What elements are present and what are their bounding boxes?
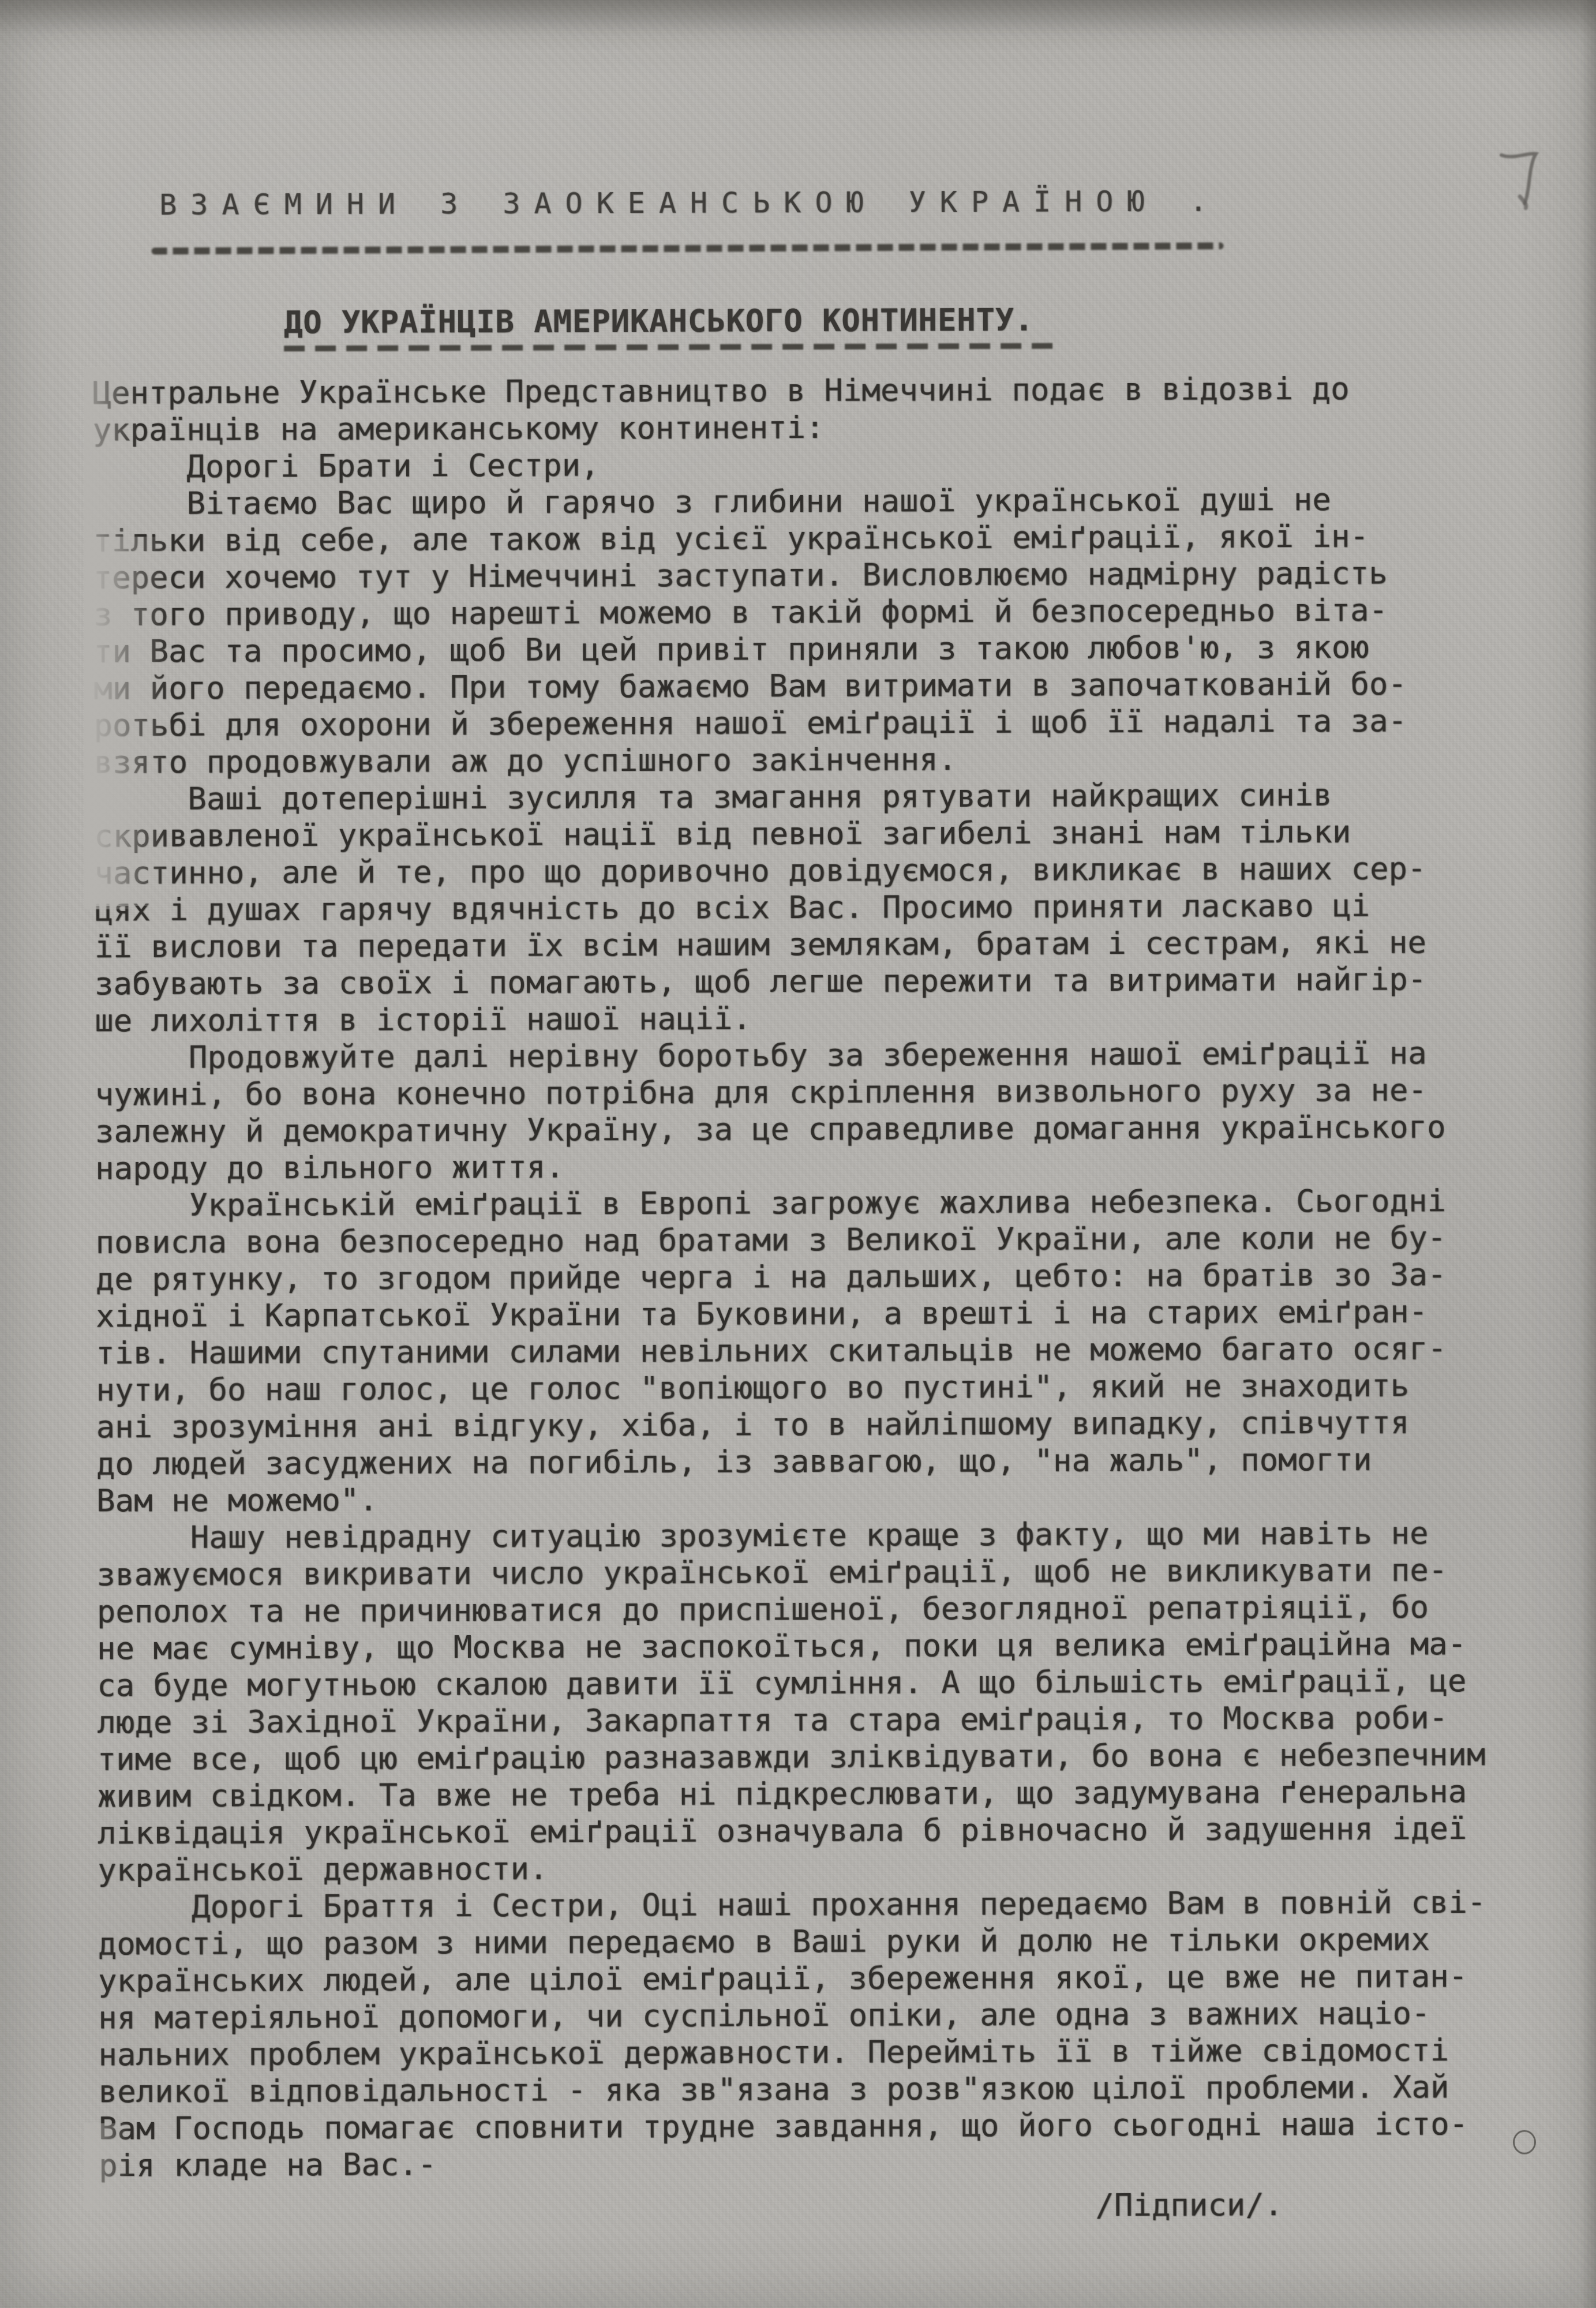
text-line: Нашу невідрадну ситуацію зрозумієте кращ… — [96, 1514, 1550, 1556]
text-line: залежну й демократичну Україну, за це сп… — [95, 1108, 1549, 1150]
text-line: частинно, але й те, про що доривочно дов… — [94, 849, 1548, 891]
text-line: нути, бо наш голос, це голос "вопіющого … — [96, 1366, 1550, 1408]
text-line: тільки від себе, але також від усієї укр… — [93, 517, 1547, 559]
document-title: ВЗАЄМИНИ З ЗАОКЕАНСЬКОЮ УКРАЇНОЮ . — [159, 184, 1221, 221]
text-line: Українській еміґрації в Европі загрожує … — [95, 1182, 1549, 1224]
text-line: великої відповідальності - яка зв"язана … — [99, 2068, 1553, 2110]
text-line: Вам не можемо". — [96, 1477, 1550, 1519]
title-dashed-underline — [152, 242, 1224, 254]
document-body: Центральне Українське Представництво в Н… — [92, 369, 1553, 2184]
text-line: українців на американському континенті: — [93, 406, 1547, 448]
text-line: Дорогі Браття і Сестри, Оці наші проханн… — [98, 1883, 1552, 1925]
paragraph: Ваші дотеперішні зусилля та змагання рят… — [94, 775, 1549, 1039]
text-line: народу до вільного життя. — [95, 1145, 1549, 1187]
text-line: Центральне Українське Представництво в Н… — [92, 369, 1546, 411]
signature-line: /Підписи/. — [1095, 2186, 1283, 2223]
text-line: цях і душах гарячу вдячність до всіх Вас… — [94, 886, 1548, 928]
document-heading: ДО УКРАЇНЦІВ АМЕРИКАНСЬКОГО КОНТИНЕНТУ. — [284, 302, 1034, 341]
paragraph: Дорогі Браття і Сестри, Оці наші проханн… — [98, 1883, 1553, 2184]
text-line: Вам Господь помагає сповнити трудне завд… — [99, 2105, 1553, 2147]
heading-dashed-underline — [284, 343, 1063, 351]
text-line: зважуємося викривати число української е… — [96, 1551, 1550, 1593]
text-line: Продовжуйте далі нерівну боротьбу за збе… — [95, 1034, 1549, 1076]
circle-annotation-mark — [1513, 2130, 1536, 2155]
text-line: взято продовжували аж до успішного закін… — [94, 739, 1548, 781]
text-line: ми його передаємо. При тому бажаємо Вам … — [93, 665, 1548, 707]
document-content: ВЗАЄМИНИ З ЗАОКЕАНСЬКОЮ УКРАЇНОЮ . ДО УК… — [0, 0, 1596, 2308]
text-line: Вітаємо Вас щиро й гарячо з глибини нашо… — [93, 480, 1547, 522]
paragraph: Продовжуйте далі нерівну боротьбу за збе… — [95, 1034, 1549, 1187]
text-line: скривавленої української нації від певно… — [94, 812, 1548, 855]
text-line: тиме все, щоб цю еміґрацію разназавжди з… — [98, 1736, 1552, 1778]
text-line: до людей засуджених на погибіль, із завв… — [96, 1440, 1550, 1482]
text-line: реполох та не причинюватися до приспішен… — [97, 1588, 1551, 1630]
text-line: рія кладе на Вас.- — [99, 2142, 1553, 2184]
text-line: з того приводу, що нарешті можемо в такі… — [93, 591, 1548, 633]
text-line: ня матеріяльної допомоги, чи суспільної … — [98, 1994, 1552, 2036]
paragraph: Дорогі Брати і Сестри, — [93, 443, 1547, 485]
paragraph: Вітаємо Вас щиро й гарячо з глибини нашо… — [93, 480, 1548, 781]
text-line: ше лихоліття в історії нашої нації. — [95, 997, 1549, 1039]
text-line: хідної і Карпатської України та Буковини… — [96, 1292, 1550, 1335]
text-line: ліквідація української еміґрації означув… — [98, 1809, 1552, 1852]
text-line: не має сумніву, що Москва не заспокоїтьс… — [97, 1625, 1551, 1667]
text-line: ротьбі для охорони й збереження нашої ем… — [93, 702, 1548, 744]
text-line: домості, що разом з ними передаємо в Ваш… — [98, 1920, 1552, 1962]
text-line: українських людей, але цілої еміґрації, … — [98, 1957, 1552, 1999]
paragraph: Нашу невідрадну ситуацію зрозумієте кращ… — [96, 1514, 1552, 1889]
text-line: са буде могутньою скалою давити її сумлі… — [97, 1662, 1551, 1704]
text-line: повисла вона безпосередно над братами з … — [95, 1219, 1549, 1261]
text-line: живим свідком. Та вже не треба ні підкре… — [98, 1773, 1552, 1815]
text-line: нальних проблем української державности.… — [98, 2031, 1552, 2073]
paragraph: Українській еміґрації в Европі загрожує … — [95, 1182, 1550, 1519]
handwritten-ink-mark — [1497, 138, 1566, 213]
text-line: Ваші дотеперішні зусилля та змагання рят… — [94, 775, 1548, 818]
text-line: ані зрозуміння ані відгуку, хіба, і то в… — [96, 1403, 1550, 1445]
text-line: тереси хочемо тут у Німеччині заступати.… — [93, 554, 1547, 596]
paragraph: Центральне Українське Представництво в Н… — [92, 369, 1546, 448]
text-line: української державности. — [98, 1846, 1552, 1889]
text-line: ти Вас та просимо, щоб Ви цей привіт при… — [93, 628, 1548, 670]
text-line: Дорогі Брати і Сестри, — [93, 443, 1547, 485]
text-line: чужині, бо вона конечно потрібна для скр… — [95, 1071, 1549, 1113]
text-line: люде зі Західної України, Закарпаття та … — [97, 1699, 1551, 1741]
text-line: забувають за своїх і помагають, щоб легш… — [95, 960, 1549, 1002]
text-line: де рятунку, то згодом прийде черга і на … — [96, 1256, 1550, 1298]
text-line: її вислови та передати їх всім нашим зем… — [95, 923, 1549, 965]
text-line: тів. Нашими спутаними силами невільних с… — [96, 1329, 1550, 1372]
scanned-document-page: ВЗАЄМИНИ З ЗАОКЕАНСЬКОЮ УКРАЇНОЮ . ДО УК… — [0, 0, 1596, 2308]
